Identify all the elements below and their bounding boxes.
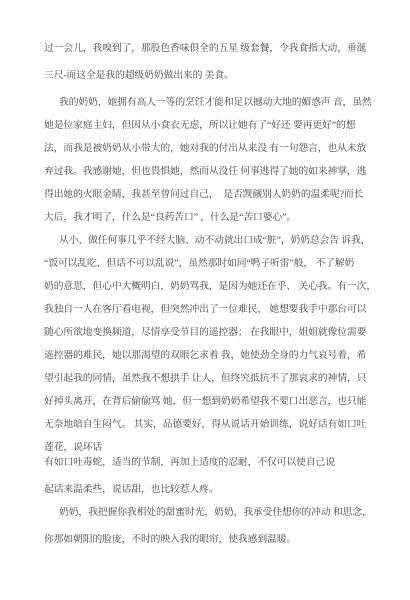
text-line: 好掉头离开，在背后偷偷骂 她，但一想到奶奶希望我不要口出恶言，也只能 [44, 397, 384, 407]
text-line: 起话来温柔些，说话甜，也比较惹人疼。 [44, 485, 384, 495]
text-line: 弃过我。我感谢她，但也畏惧她，然而从没任 何事逃得了她的如来神掌，逃 [44, 167, 384, 177]
text-line: 随心所欲地变换频道，尽情享受节目的遥控器； 在我眼中，姐姐就像位需要 [44, 328, 384, 338]
paragraph-start-line: 从小、做任何事几乎不经大脑、动不动就出口成“脏”，奶奶总会告 诉我， [44, 236, 384, 246]
text-line: 大后，我才明了，什么是“良药苦口” ，什么是“苦口婆心”。 [44, 213, 384, 223]
text-line: 望引起我的同情，虽然我不想拱手 让人，但终究抵抗不了那哀求的神情，只 [44, 374, 384, 384]
paragraph-start-line: 奶奶，我把握你我相处的甜蜜时光，奶奶，我承受住想你的冲动 和思念， [44, 508, 384, 518]
text-line: 无奈地暗自生闷气。 其实，品德要好，得从说话开始训练，说好话有如口吐 [44, 420, 384, 430]
paragraph-start-line: 我的奶奶，她拥有高人一等的烹饪才能和足以撼动大地的媚惑声 音，虽然 [44, 98, 384, 108]
text-line: “饭可以乱吃，但话不可以乱说”，虽然那时如同“鸭子听雷”般， 不了解奶 [44, 259, 384, 269]
text-line: 遥控器的难民，她以那渴望的双眼乞求着 我，她使劲全身的力气哀号着，希 [44, 351, 384, 361]
text-line: 过一会儿，我嗅到了，那股色香味俱全的五星 级套餐，令我食指大动，垂涎 [44, 44, 384, 54]
text-line: 她是位家庭主妇，但因从小食衣无虑，所以让她有了“好还 要再更好”的想 [44, 121, 384, 131]
document-page: 过一会儿，我嗅到了，那股色香味俱全的五星 级套餐，令我食指大动，垂涎 三尺-而这… [0, 0, 410, 600]
text-line: 我独自一人在客厅看电视，但突然冲出了一位难民， 她想要我手中那台可以 [44, 305, 384, 315]
text-line: 三尺-而这全是我的超级奶奶做出来的 美食。 [44, 71, 384, 81]
text-line: 你那如朝阳的脸庞，不时的映入我的眼帘，使我感到温暖。 [44, 535, 384, 545]
text-line: 得出她的火眼金睛，我甚至曾问过自己， 是否觊觎别人奶奶的温柔呢?而长 [44, 190, 384, 200]
text-line: 有如口吐毒蛇，适当的节制，再加上适度的忍耐，不仅可以使自己说 [44, 458, 384, 468]
text-line: 法，而我是被奶奶从小带大的，她对我的付出从来没 有一句怨言，也从未放 [44, 144, 384, 154]
text-line: 奶的意思，但心中大概明白，奶奶骂我，是因为她还在乎、 关心我。有一次， [44, 282, 384, 292]
text-line: 莲花，说环话 [44, 443, 384, 453]
